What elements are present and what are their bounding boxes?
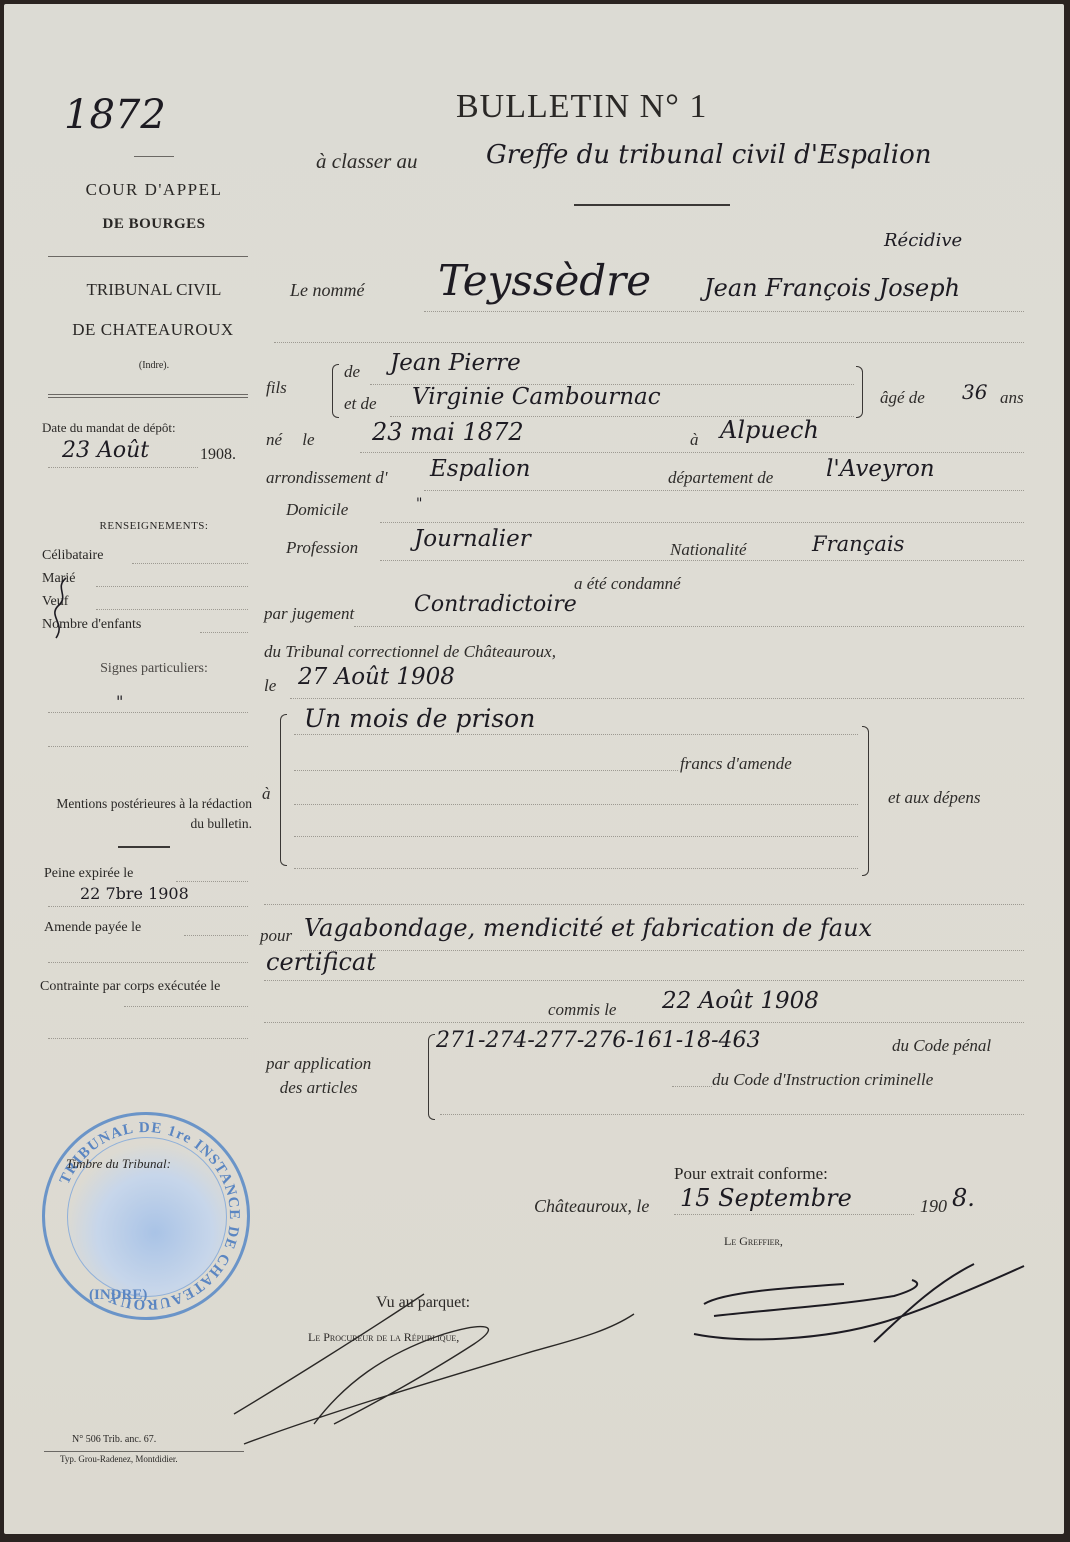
profession-label: Profession	[286, 538, 358, 558]
application-label-2: des articles	[266, 1076, 371, 1100]
arrondissement-line	[424, 490, 1024, 491]
jugement-date-line	[290, 698, 1024, 699]
celibataire-line	[132, 563, 248, 564]
commis-line	[264, 1022, 1024, 1023]
sentence-line-5	[294, 868, 858, 869]
stamp-bottom-text: (INDRE)	[89, 1287, 147, 1304]
departement-label: département de	[668, 468, 773, 488]
divider	[134, 156, 174, 157]
mentions-label: Mentions postérieures à la rédaction du …	[42, 794, 252, 834]
amende-line	[184, 935, 248, 936]
sentence-line-1	[294, 734, 858, 735]
sentence-brace-right	[862, 726, 869, 876]
printer-line: Typ. Grou-Radenez, Montdidier.	[60, 1454, 178, 1464]
age-label: âgé de	[880, 388, 925, 408]
amende-payee-label: Amende payée le	[44, 920, 141, 936]
profession-line	[380, 560, 1024, 561]
sentence-brace-left	[280, 714, 287, 866]
name-line	[424, 311, 1024, 312]
marie-line	[96, 586, 248, 587]
departement-value: l'Aveyron	[826, 456, 935, 482]
profession-value: Journalier	[414, 526, 531, 552]
pour-line-2	[264, 980, 1024, 981]
application-label-1: par application	[266, 1052, 371, 1076]
nomme-label: Le nommé	[290, 280, 365, 301]
bulletin-document: 1872 COUR D'APPEL DE BOURGES TRIBUNAL CI…	[4, 4, 1064, 1534]
domicile-line	[380, 522, 1024, 523]
lieu-value: Alpuech	[720, 416, 819, 444]
divider	[44, 1451, 244, 1452]
articles-brace	[428, 1034, 435, 1120]
surname: Teyssèdre	[438, 256, 651, 305]
brace-mark-icon	[44, 574, 74, 644]
age-unit: ans	[1000, 388, 1024, 408]
domicile-value: "	[416, 496, 422, 512]
tribunal-stamp: TRIBUNAL DE 1re INSTANCE DE CHATEAUROUX …	[42, 1112, 250, 1320]
signes-label: Signes particuliers:	[44, 661, 264, 677]
motif-line-1: Vagabondage, mendicité et fabrication de…	[304, 914, 872, 942]
articles-value: 271-274-277-276-161-18-463	[436, 1028, 761, 1053]
mandat-label: Date du mandat de dépôt:	[42, 420, 176, 436]
mere-label: et de	[344, 394, 377, 414]
handwritten-number: 1872	[64, 92, 166, 138]
peine-expiree-value: 22 7bre 1908	[80, 884, 189, 903]
pour-line-1	[300, 950, 1024, 951]
signes-line-2	[48, 746, 248, 747]
application-label: par application des articles	[266, 1052, 371, 1100]
parents-brace-left	[332, 364, 339, 418]
peine-line-2	[48, 906, 248, 907]
ne-line	[360, 452, 1024, 453]
nationalite-label: Nationalité	[670, 540, 747, 560]
pere-label: de	[344, 362, 360, 382]
classer-value: Greffe du tribunal civil d'Espalion	[486, 140, 931, 170]
extrait-label: Pour extrait conforme:	[674, 1164, 828, 1184]
code-instruction-line	[672, 1086, 712, 1087]
ne-label: né le	[266, 430, 315, 450]
veuf-line	[96, 609, 248, 610]
procureur-signature-icon	[224, 1274, 644, 1454]
mandat-year: 1908.	[200, 446, 236, 464]
renseignements-title: RENSEIGNEMENTS:	[44, 520, 264, 532]
arrondissement-label: arrondissement d'	[266, 468, 388, 488]
extrait-date-line	[674, 1214, 914, 1215]
parents-brace-right	[856, 366, 863, 418]
enfants-line	[200, 632, 248, 633]
signes-value: "	[116, 692, 123, 711]
greffier-signature-icon	[684, 1244, 1044, 1354]
year-prefix: 190	[920, 1196, 947, 1217]
pere-value: Jean Pierre	[390, 350, 521, 376]
svg-text:TRIBUNAL DE 1re INSTANCE DE CH: TRIBUNAL DE 1re INSTANCE DE CHATEAUROUX	[57, 1120, 242, 1312]
timbre-label: Timbre du Tribunal:	[66, 1156, 171, 1172]
amende-line-2	[48, 962, 248, 963]
tribunal-name: TRIBUNAL CIVIL	[44, 280, 264, 300]
fils-label: fils	[266, 378, 287, 398]
sentence-line-2	[294, 770, 678, 771]
condamne-label: a été condamné	[574, 574, 681, 594]
peine-expiree-label: Peine expirée le	[44, 866, 133, 882]
jugement-line	[354, 626, 1024, 627]
pour-label: pour	[260, 926, 292, 946]
sentence-line-4	[294, 836, 858, 837]
divider	[48, 256, 248, 257]
name-line-2	[274, 342, 1024, 343]
extrait-date-value: 15 Septembre	[680, 1184, 852, 1212]
recidive-note: Récidive	[884, 230, 962, 251]
amende-label: francs d'amende	[680, 754, 792, 774]
divider	[48, 397, 248, 398]
code-instruction-label: du Code d'Instruction criminelle	[712, 1070, 933, 1090]
mandat-line	[48, 467, 198, 468]
nationalite-value: Français	[812, 532, 904, 556]
jugement-date-label: le	[264, 676, 276, 696]
articles-line-3	[440, 1114, 1024, 1115]
sentence-a-label: à	[262, 784, 271, 804]
divider	[48, 394, 248, 395]
contrainte-label: Contrainte par corps exécutée le	[40, 978, 250, 995]
domicile-label: Domicile	[286, 500, 348, 520]
lieu-label: à	[690, 430, 699, 450]
commis-label: commis le	[548, 1000, 616, 1020]
contrainte-line-2	[48, 1038, 248, 1039]
court-city: DE BOURGES	[44, 216, 264, 233]
year-suffix: 8.	[952, 1184, 975, 1212]
motif-line-2: certificat	[266, 948, 376, 976]
sentence-value: Un mois de prison	[304, 704, 535, 733]
given-names: Jean François Joseph	[704, 274, 960, 302]
jugement-value: Contradictoire	[414, 592, 577, 617]
lieu-date-label: Châteauroux, le	[534, 1196, 649, 1217]
classer-label: à classer au	[316, 149, 418, 174]
contrainte-line	[124, 1006, 248, 1007]
print-ref: N° 506 Trib. anc. 67.	[72, 1434, 156, 1445]
pour-line-0	[264, 904, 1024, 905]
jugement-date-value: 27 Août 1908	[298, 664, 455, 690]
ne-value: 23 mai 1872	[372, 418, 524, 446]
age-value: 36	[962, 380, 987, 404]
tribunal-city: DE CHATEAUROUX	[40, 320, 266, 340]
code-penal-label: du Code pénal	[892, 1036, 991, 1056]
mere-value: Virginie Cambournac	[412, 384, 661, 410]
tribunal-correctionnel: du Tribunal correctionnel de Châteauroux…	[264, 642, 556, 662]
mandat-value: 23 Août	[62, 438, 149, 463]
arrondissement-value: Espalion	[430, 456, 530, 482]
commis-value: 22 Août 1908	[662, 988, 819, 1014]
signes-line	[48, 712, 248, 713]
tribunal-dept: (Indre).	[44, 360, 264, 371]
jugement-label: par jugement	[264, 604, 354, 624]
depens-label: et aux dépens	[888, 788, 981, 808]
sentence-line-3	[294, 804, 858, 805]
celibataire-label: Célibataire	[42, 548, 103, 564]
bulletin-title: BULLETIN N° 1	[456, 88, 707, 126]
divider	[118, 846, 170, 848]
title-divider	[574, 204, 730, 206]
court-name: COUR D'APPEL	[44, 180, 264, 200]
peine-line	[176, 881, 248, 882]
